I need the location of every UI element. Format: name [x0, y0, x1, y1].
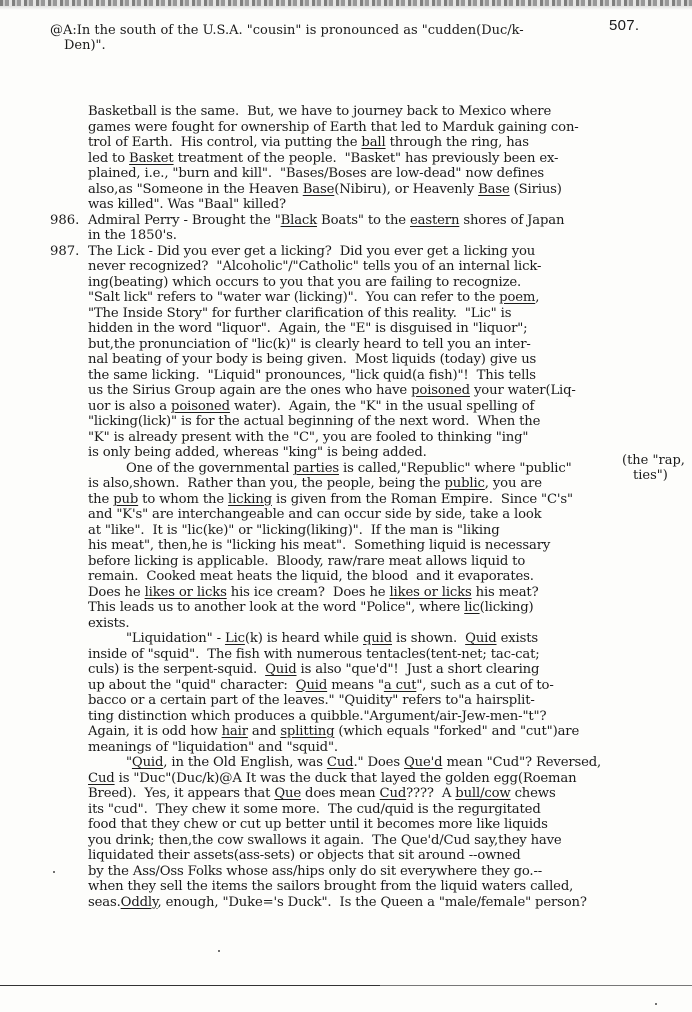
- text-line: games were fought for ownership of Earth…: [88, 120, 579, 136]
- footnote: @A:In the south of the U.S.A. "cousin" i…: [50, 23, 590, 53]
- text-line: Breed). Yes, it appears that Que does me…: [88, 786, 556, 802]
- text-line: at "like". It is "lic(ke)" or "licking(l…: [88, 523, 500, 539]
- text-line: trol of Earth. His control, via putting …: [88, 135, 529, 151]
- text-line: food that they chew or cut up better unt…: [88, 817, 548, 833]
- text-line: hidden in the word "liquor". Again, the …: [88, 321, 527, 337]
- text-line: "licking(lick)" is for the actual beginn…: [88, 414, 540, 430]
- text-line: also,as "Someone in the Heaven Base(Nibi…: [88, 182, 562, 198]
- text-line: was killed". Was "Baal" killed?: [88, 197, 286, 213]
- text-line: ing(beating) which occurs to you that yo…: [88, 275, 521, 291]
- text-line: "Liquidation" - Lic(k) is heard while qu…: [126, 631, 538, 647]
- text-line: uor is also a poisoned water). Again, th…: [88, 399, 534, 415]
- text-line: liquidated their assets(ass-sets) or obj…: [88, 848, 521, 864]
- page-number: 507.: [609, 17, 639, 34]
- scan-speck: [218, 950, 220, 952]
- footnote-text: In the south of the U.S.A. "cousin" is p…: [77, 23, 524, 38]
- text-line: the pub to whom the licking is given fro…: [88, 492, 573, 508]
- text-line: in the 1850's.: [88, 228, 177, 244]
- scan-artifact-shadow: [0, 6, 692, 10]
- text-line: Again, it is odd how hair and splitting …: [88, 724, 579, 740]
- text-line: when they sell the items the sailors bro…: [88, 879, 573, 895]
- scan-speck: [53, 871, 55, 873]
- text-line: meanings of "liquidation" and "squid".: [88, 740, 338, 756]
- footnote-line-1: @A:In the south of the U.S.A. "cousin" i…: [50, 23, 590, 38]
- bottom-rule: [0, 985, 692, 986]
- text-line: nal beating of your body is being given.…: [88, 352, 536, 368]
- text-line: but,the pronunciation of "lic(k)" is cle…: [88, 337, 531, 353]
- text-line: Admiral Perry - Brought the "Black Boats…: [88, 213, 564, 229]
- text-line: The Lick - Did you ever get a licking? D…: [88, 244, 535, 260]
- text-line: Basketball is the same. But, we have to …: [88, 104, 551, 120]
- item-number: 986.: [50, 213, 79, 228]
- text-line: up about the "quid" character: Quid mean…: [88, 678, 554, 694]
- text-line: seas.Oddly, enough, "Duke='s Duck". Is t…: [88, 895, 587, 911]
- text-line: by the Ass/Oss Folks whose ass/hips only…: [88, 864, 542, 880]
- text-line: you drink; then,the cow swallows it agai…: [88, 833, 562, 849]
- text-line: Cud is "Duc"(Duc/k)@A It was the duck th…: [88, 771, 576, 787]
- text-line: before licking is applicable. Bloody, ra…: [88, 554, 525, 570]
- item-number: 987.: [50, 244, 79, 259]
- text-line: "The Inside Story" for further clarifica…: [88, 306, 511, 322]
- margin-note-line-1: (the "rap,: [622, 453, 685, 468]
- text-line: the same licking. "Liquid" pronounces, "…: [88, 368, 536, 384]
- text-line: exists.: [88, 616, 129, 632]
- text-line: his meat", then,he is "licking his meat"…: [88, 538, 550, 554]
- text-line: One of the governmental parties is calle…: [126, 461, 572, 477]
- scan-speck: [655, 1003, 657, 1005]
- text-line: plained, i.e., "burn and kill". "Bases/B…: [88, 166, 544, 182]
- text-line: bacco or a certain part of the leaves." …: [88, 693, 535, 709]
- footnote-marker: @A:: [50, 23, 77, 38]
- footnote-line-2: Den)".: [50, 38, 590, 53]
- text-line: remain. Cooked meat heats the liquid, th…: [88, 569, 534, 585]
- text-line: led to Basket treatment of the people. "…: [88, 151, 558, 167]
- text-line: is also,shown. Rather than you, the peop…: [88, 476, 542, 492]
- text-line: culs) is the serpent-squid. Quid is also…: [88, 662, 539, 678]
- text-line: never recognized? "Alcoholic"/"Catholic"…: [88, 259, 541, 275]
- text-line: us the Sirius Group again are the ones w…: [88, 383, 576, 399]
- text-line: inside of "squid". The fish with numerou…: [88, 647, 540, 663]
- text-line: Does he likes or licks his ice cream? Do…: [88, 585, 539, 601]
- text-line: its "cud". They chew it some more. The c…: [88, 802, 541, 818]
- text-line: ting distinction which produces a quibbl…: [88, 709, 546, 725]
- text-line: This leads us to another look at the wor…: [88, 600, 534, 616]
- text-line: and "K's" are interchangeable and can oc…: [88, 507, 542, 523]
- text-line: "Salt lick" refers to "water war (lickin…: [88, 290, 539, 306]
- text-line: is only being added, whereas "king" is b…: [88, 445, 427, 461]
- text-line: "Quid, in the Old English, was Cud." Doe…: [126, 755, 601, 771]
- margin-note-line-2: ties"): [633, 468, 668, 483]
- text-line: "K" is already present with the "C", you…: [88, 430, 528, 446]
